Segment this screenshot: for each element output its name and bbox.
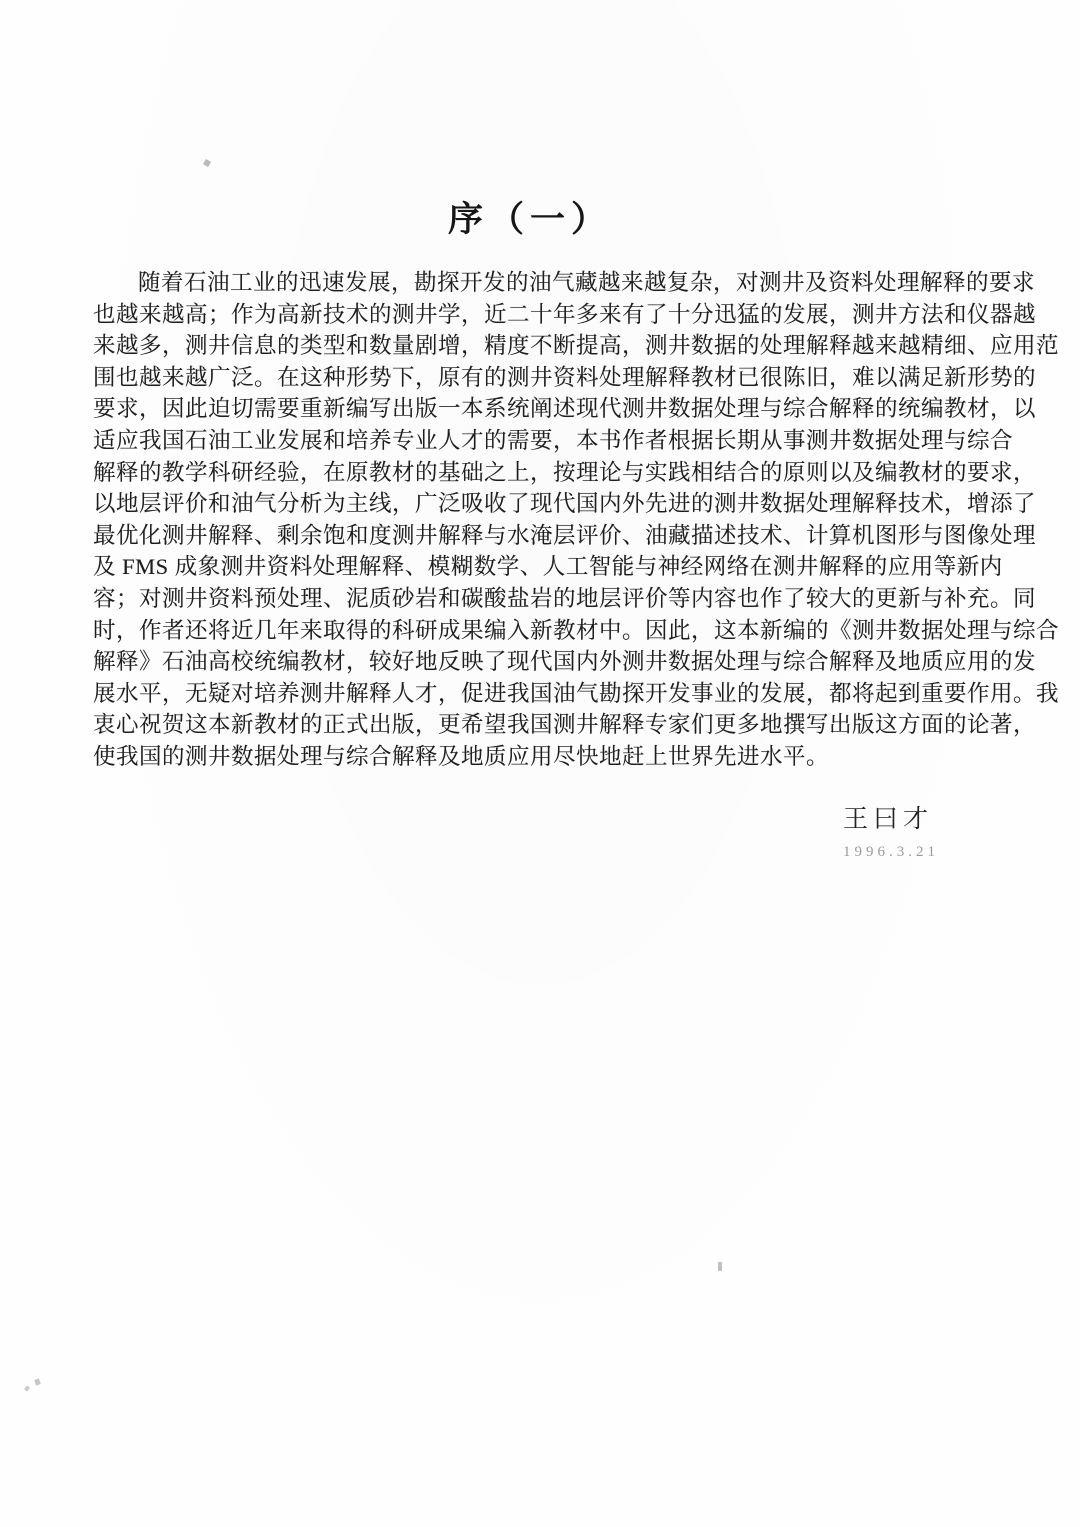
preface-text-line: 解释的教学科研经验，在原教材的基础之上，按理论与实践相结合的原则以及编教材的要求…	[93, 457, 967, 489]
preface-text-line: 容；对测井资料预处理、泥质砂岩和碳酸盐岩的地层评价等内容也作了较大的更新与补充。…	[93, 583, 967, 615]
scanned-page: 序（一） 随着石油工业的迅速发展，勘探开发的油气藏越来越复杂，对测井及资料处理解…	[0, 0, 1080, 1527]
preface-text-line: 衷心祝贺这本新教材的正式出版，更希望我国测井解释专家们更多地撰写出版这方面的论著…	[93, 709, 967, 741]
signature-date: 1996.3.21	[843, 844, 939, 861]
preface-text-line: 时，作者还将近几年来取得的科研成果编入新教材中。因此，这本新编的《测井数据处理与…	[93, 615, 967, 647]
preface-text-line: 及 FMS 成象测井资料处理解释、模糊数学、人工智能与神经网络在测井解释的应用等…	[93, 551, 967, 583]
preface-text-line: 适应我国石油工业发展和培养专业人才的需要，本书作者根据长期从事测井数据处理与综合	[93, 425, 967, 457]
preface-text-line: 展水平，无疑对培养测井解释人才，促进我国油气勘探开发事业的发展，都将起到重要作用…	[93, 678, 967, 710]
preface-text-line: 要求，因此迫切需要重新编写出版一本系统阐述现代测井数据处理与综合解释的统编教材，…	[93, 393, 967, 425]
preface-text-line: 解释》石油高校统编教材，较好地反映了现代国内外测井数据处理与综合解释及地质应用的…	[93, 646, 967, 678]
scan-speck	[34, 1378, 41, 1385]
signature-block: 王曰才 1996.3.21	[843, 799, 939, 861]
author-signature: 王曰才	[843, 799, 939, 835]
preface-text-line: 随着石油工业的迅速发展，勘探开发的油气藏越来越复杂，对测井及资料处理解释的要求	[93, 267, 967, 299]
preface-text-line: 以地层评价和油气分析为主线，广泛吸收了现代国内外先进的测井数据处理解释技术，增添…	[93, 488, 967, 520]
preface-text-line: 最优化测井解释、剩余饱和度测井解释与水淹层评价、油藏描述技术、计算机图形与图像处…	[93, 520, 967, 552]
preface-text-line: 围也越来越广泛。在这种形势下，原有的测井资料处理解释教材已很陈旧，难以满足新形势…	[93, 362, 967, 394]
scan-speck	[718, 1262, 722, 1271]
scan-speck	[203, 159, 211, 167]
preface-text-line: 来越多，测井信息的类型和数量剧增，精度不断提高，测井数据的处理解释越来越精细、应…	[93, 330, 967, 362]
preface-text-line: 也越来越高；作为高新技术的测井学，近二十年多来有了十分迅猛的发展，测井方法和仪器…	[93, 299, 967, 331]
preface-text-line: 使我国的测井数据处理与综合解释及地质应用尽快地赶上世界先进水平。	[93, 741, 967, 773]
scan-speck	[24, 1385, 30, 1391]
preface-body: 随着石油工业的迅速发展，勘探开发的油气藏越来越复杂，对测井及资料处理解释的要求也…	[93, 267, 967, 773]
preface-title: 序（一）	[93, 192, 967, 242]
